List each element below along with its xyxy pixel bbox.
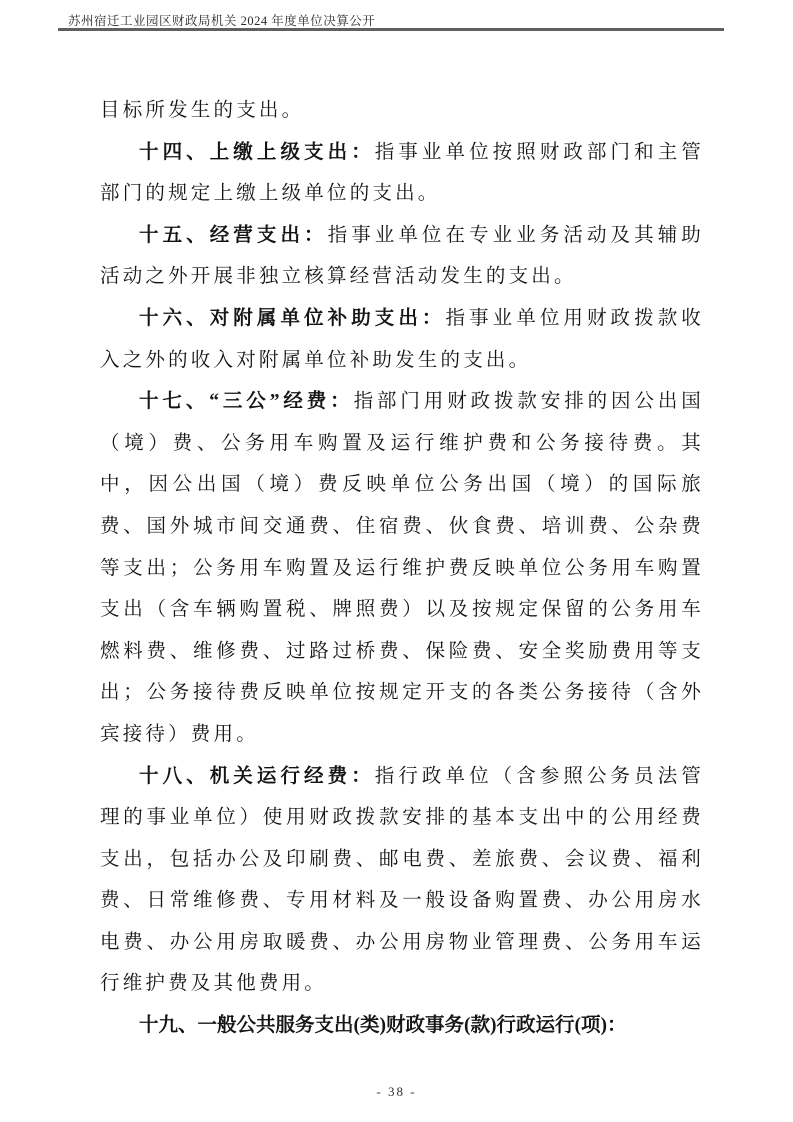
- paragraph-item-14: 十四、上缴上级支出：指事业单位按照财政部门和主管部门的规定上缴上级单位的支出。: [100, 132, 704, 215]
- header-title: 苏州宿迁工业园区财政局机关 2024 年度单位决算公开: [68, 11, 375, 29]
- paragraph-item-15: 十五、经营支出：指事业单位在专业业务活动及其辅助活动之外开展非独立核算经营活动发…: [100, 215, 704, 298]
- paragraph-lead: 十八、机关运行经费：: [139, 766, 375, 787]
- paragraph-lead: 十五、经营支出：: [139, 225, 328, 246]
- paragraph-lead: 十九、一般公共服务支出(类)财政事务(款)行政运行(项)：: [139, 1015, 626, 1036]
- paragraph-lead: 十七、“三公”经费：: [139, 391, 354, 412]
- paragraph-text: 指行政单位（含参照公务员法管理的事业单位）使用财政拨款安排的基本支出中的公用经费…: [100, 766, 704, 995]
- paragraph-text: 指部门用财政拨款安排的因公出国（境）费、公务用车购置及运行维护费和公务接待费。其…: [100, 391, 704, 745]
- paragraph-item-17: 十七、“三公”经费：指部门用财政拨款安排的因公出国（境）费、公务用车购置及运行维…: [100, 381, 704, 755]
- paragraph-continuation: 目标所发生的支出。: [100, 90, 704, 132]
- paragraph-item-16: 十六、对附属单位补助支出：指事业单位用财政拨款收入之外的收入对附属单位补助发生的…: [100, 298, 704, 381]
- document-body: 目标所发生的支出。 十四、上缴上级支出：指事业单位按照财政部门和主管部门的规定上…: [100, 90, 704, 1047]
- page-number: - 38 -: [376, 1084, 416, 1099]
- page-footer: - 38 -: [0, 1084, 793, 1100]
- paragraph-item-19: 十九、一般公共服务支出(类)财政事务(款)行政运行(项)：: [100, 1005, 704, 1047]
- paragraph-item-18: 十八、机关运行经费：指行政单位（含参照公务员法管理的事业单位）使用财政拨款安排的…: [100, 756, 704, 1006]
- paragraph-lead: 十四、上缴上级支出：: [139, 142, 375, 163]
- header-divider: [58, 28, 724, 31]
- document-page: 苏州宿迁工业园区财政局机关 2024 年度单位决算公开 目标所发生的支出。 十四…: [0, 0, 793, 1122]
- paragraph-lead: 十六、对附属单位补助支出：: [139, 308, 446, 329]
- paragraph-text: 目标所发生的支出。: [100, 100, 304, 121]
